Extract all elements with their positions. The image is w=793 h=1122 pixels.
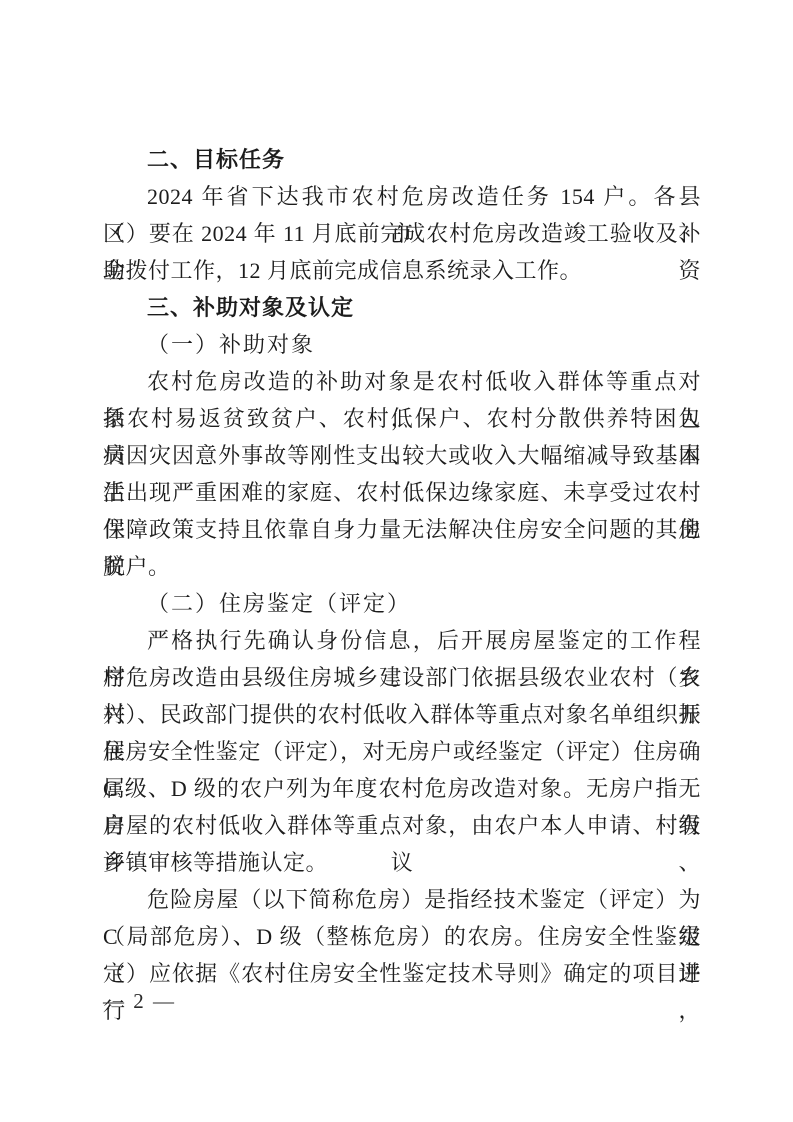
section-heading: 三、补助对象及认定	[103, 289, 701, 326]
text-line: 括农村易返贫致贫户、农村低保户、农村分散供养特困人员、因	[103, 400, 701, 437]
text-line: 房屋的农村低收入群体等重点对象，由农户本人申请、村级评议、	[103, 807, 701, 844]
text-line: 活出现严重困难的家庭、农村低保边缘家庭、未享受过农村住房	[103, 474, 701, 511]
text-line: 危险房屋（以下简称危房）是指经技术鉴定（评定）为 C 级	[103, 881, 701, 918]
text-line: 严格执行先确认身份信息，后开展房屋鉴定的工作程序。农	[103, 622, 701, 659]
text-line: 2024 年省下达我市农村危房改造任务 154 户。各县（市、	[103, 178, 701, 215]
text-line: 区）要在 2024 年 11 月底前完成农村危房改造竣工验收及补助资	[103, 215, 701, 252]
text-line: 定）应依据《农村住房安全性鉴定技术导则》确定的项目进行，	[103, 955, 701, 992]
footer-page-number: — 2 —	[103, 989, 176, 1013]
subsection-heading: （一）补助对象	[103, 326, 701, 363]
text-line: 村危房改造由县级住房城乡建设部门依据县级农业农村（乡村振	[103, 659, 701, 696]
section-heading: 二、目标任务	[103, 141, 701, 178]
text-line: 住房安全性鉴定（评定），对无房户或经鉴定（评定）住房确属	[103, 733, 701, 770]
text-line: C 级、D 级的农户列为年度农村危房改造对象。无房户指无自有	[103, 770, 701, 807]
text-line: （局部危房）、D 级（整栋危房）的农房。住房安全性鉴定（评	[103, 918, 701, 955]
text-line: 兴）、民政部门提供的农村低收入群体等重点对象名单组织开展	[103, 696, 701, 733]
text-line: 农村危房改造的补助对象是农村低收入群体等重点对象，包	[103, 363, 701, 400]
document-page: 二、目标任务2024 年省下达我市农村危房改造任务 154 户。各县（市、区）要…	[0, 0, 793, 1122]
subsection-heading: （二）住房鉴定（评定）	[103, 585, 701, 622]
text-line: 病因灾因意外事故等刚性支出较大或收入大幅缩减导致基本生	[103, 437, 701, 474]
text-line: 贫户。	[103, 548, 701, 585]
document-body: 二、目标任务2024 年省下达我市农村危房改造任务 154 户。各县（市、区）要…	[103, 141, 701, 992]
text-line: 保障政策支持且依靠自身力量无法解决住房安全问题的其他脱	[103, 511, 701, 548]
